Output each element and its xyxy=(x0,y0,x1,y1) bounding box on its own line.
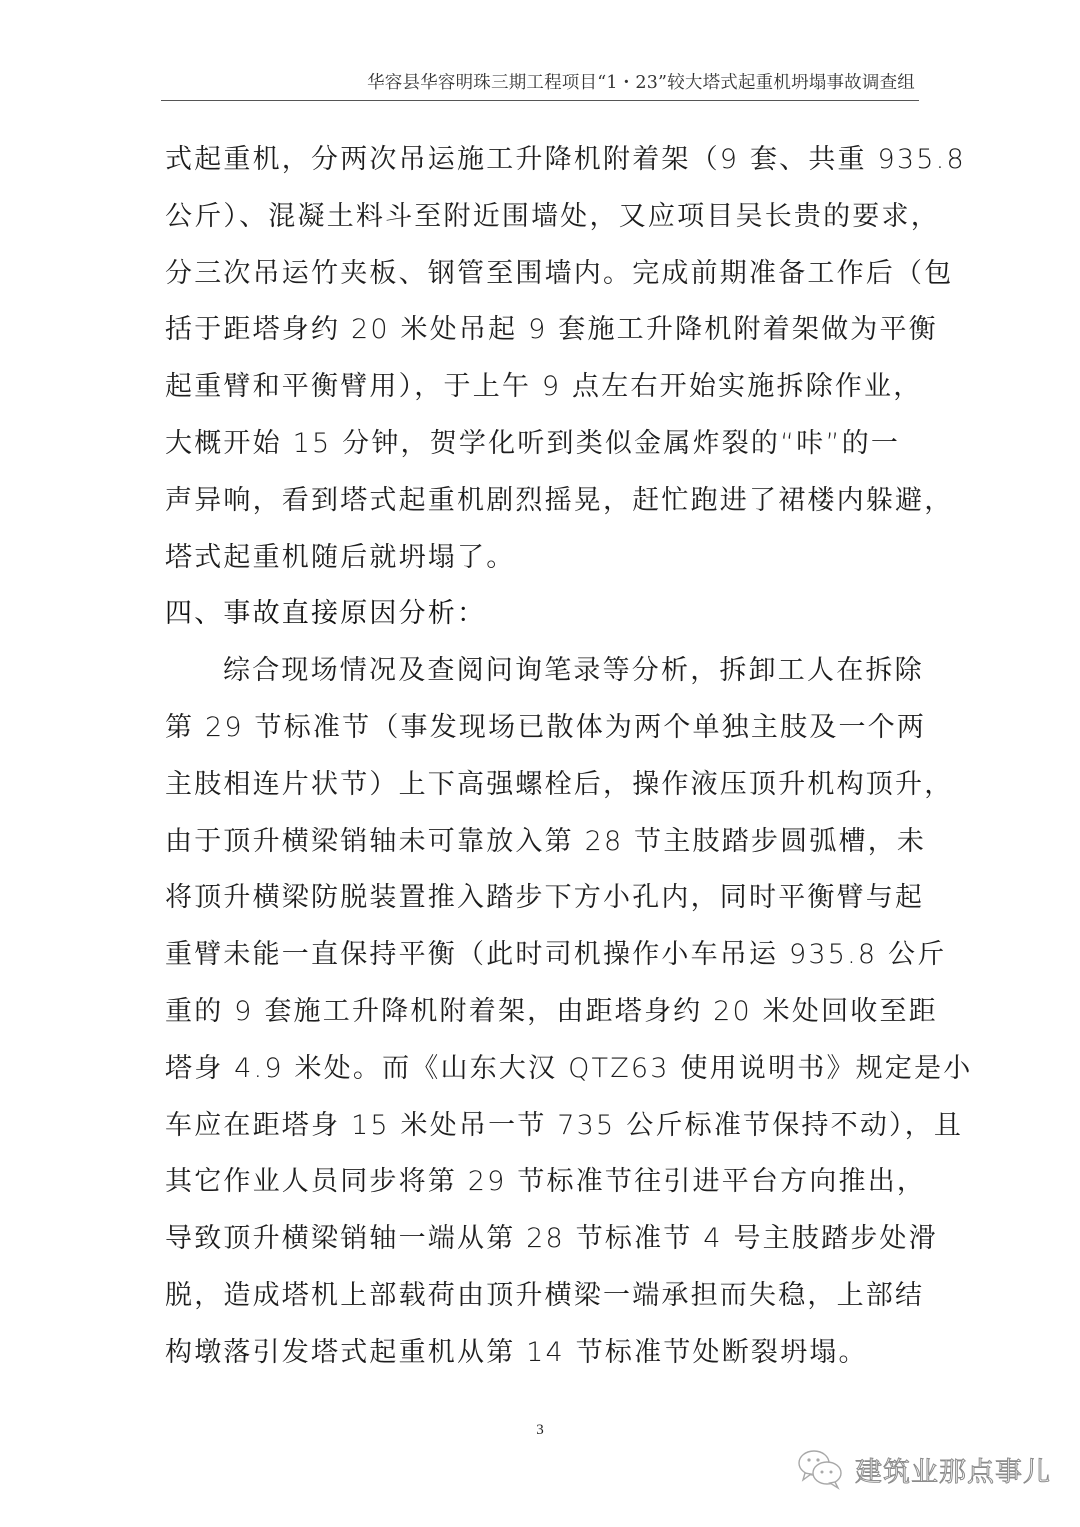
body-line: 将顶升横梁防脱装置推入踏步下方小孔内，同时平衡臂与起 xyxy=(165,870,925,927)
body-line: 车应在距塔身 15 米处吊一节 735 公斤标准节保持不动），且 xyxy=(165,1098,925,1155)
body-line: 塔式起重机随后就坍塌了。 xyxy=(165,530,925,587)
body-line: 主肢相连片状节）上下高强螺栓后，操作液压顶升机构顶升， xyxy=(165,757,925,814)
wechat-icon xyxy=(795,1447,847,1491)
body-line: 声异响，看到塔式起重机剧烈摇晃，赶忙跑进了裙楼内躲避， xyxy=(165,473,925,530)
paragraph-first-line: 综合现场情况及查阅问询笔录等分析，拆卸工人在拆除 xyxy=(165,643,925,700)
body-line: 第 29 节标准节（事发现场已散体为两个单独主肢及一个两 xyxy=(165,700,925,757)
document-body: 式起重机，分两次吊运施工升降机附着架（9 套、共重 935.8 公斤）、混凝土料… xyxy=(165,132,925,1382)
watermark: 建筑业那点事儿 xyxy=(795,1444,1051,1494)
body-line: 重臂未能一直保持平衡（此时司机操作小车吊运 935.8 公斤 xyxy=(165,927,925,984)
page-header: 华容县华容明珠三期工程项目“1・23”较大塔式起重机坍塌事故调查组 xyxy=(161,72,919,101)
body-line: 括于距塔身约 20 米处吊起 9 套施工升降机附着架做为平衡 xyxy=(165,302,925,359)
body-line: 起重臂和平衡臂用），于上午 9 点左右开始实施拆除作业， xyxy=(165,359,925,416)
body-line: 公斤）、混凝土料斗至附近围墙处，又应项目吴长贵的要求， xyxy=(165,189,925,246)
body-line: 构墩落引发塔式起重机从第 14 节标准节处断裂坍塌。 xyxy=(165,1325,925,1382)
body-line: 脱，造成塔机上部载荷由顶升横梁一端承担而失稳，上部结 xyxy=(165,1268,925,1325)
page-number: 3 xyxy=(0,1422,1080,1439)
watermark-text: 建筑业那点事儿 xyxy=(855,1450,1051,1489)
body-line: 塔身 4.9 米处。而《山东大汉 QTZ63 使用说明书》规定是小 xyxy=(165,1041,925,1098)
body-line: 重的 9 套施工升降机附着架，由距塔身约 20 米处回收至距 xyxy=(165,984,925,1041)
body-line: 大概开始 15 分钟，贺学化听到类似金属炸裂的“咔”的一 xyxy=(165,416,925,473)
body-line: 分三次吊运竹夹板、钢管至围墙内。完成前期准备工作后（包 xyxy=(165,246,925,303)
body-line: 式起重机，分两次吊运施工升降机附着架（9 套、共重 935.8 xyxy=(165,132,925,189)
body-line: 由于顶升横梁销轴未可靠放入第 28 节主肢踏步圆弧槽，未 xyxy=(165,814,925,871)
body-line: 导致顶升横梁销轴一端从第 28 节标准节 4 号主肢踏步处滑 xyxy=(165,1211,925,1268)
body-line: 其它作业人员同步将第 29 节标准节往引进平台方向推出， xyxy=(165,1154,925,1211)
page-header-title: 华容县华容明珠三期工程项目“1・23”较大塔式起重机坍塌事故调查组 xyxy=(367,73,919,93)
section-heading: 四、事故直接原因分析： xyxy=(165,586,925,643)
